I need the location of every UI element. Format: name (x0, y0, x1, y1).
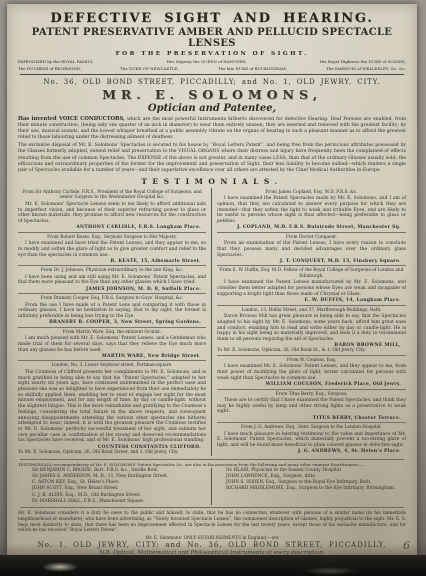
testimonial-body: The Countess of Clifford presents her co… (18, 370, 206, 444)
testimonial-source: From E. W. Duffin, Esq. M.D. Fellow of t… (217, 268, 406, 279)
practitioner-entry: RICHARD MIDDLEMORE, Esq., Surgeon to the… (226, 486, 406, 492)
testimonials-heading: TESTIMONIALS. (16, 177, 408, 186)
testimonial-addressee: To Mr. E. Solomons, Optician, 36, Old Bo… (217, 348, 406, 353)
scanned-broadside: DEFECTIVE SIGHT AND HEARING. PATENT PRES… (0, 0, 426, 576)
practitioner-list-left: Sir BENJAMIN C. BRODIE, Bart. F.R.S. &c.… (16, 468, 212, 505)
testimonial-source: From Robert Keate, Esq., Serjeant Surgeo… (18, 235, 206, 241)
voice-conductors-paragraph: Has invented VOICE CONDUCTORS, which are… (18, 116, 406, 141)
testimonial-signature: MARTIN WARE, New Bridge Street. (18, 354, 206, 359)
testimonial-source: From Bransby Cooper, Esq. F.R.S. Surgeon… (18, 296, 206, 302)
testimonial-source: From W. Coulson, Esq. (217, 358, 406, 364)
testimonial-body: I have examined and have tried the Paten… (18, 241, 206, 258)
practitioner-list-right: Dr. BLAIR, Physician to the Sussex Count… (212, 468, 408, 505)
testimonial-cooper: From Bransby Cooper, Esq. F.R.S. Surgeon… (18, 293, 206, 327)
divider (20, 74, 404, 75)
divider (20, 459, 404, 460)
testimonial-signature: R. KEATE, 15, Albemarle Street. (18, 259, 206, 264)
practitioner-entry: Dr. MARSHALL HALL, F.R.S., Manchester Sq… (32, 499, 207, 505)
testimonial-body: These are to certify that I have examine… (217, 398, 406, 415)
testimonial-signature: J. G. ANDREWS, 4, St. Helen’s Place. (217, 449, 406, 454)
paper-sheet: DEFECTIVE SIGHT AND HEARING. PATENT PRES… (7, 4, 417, 555)
testimonial-duffin: From E. W. Duffin, Esq. M.D. Fellow of t… (217, 265, 406, 304)
patrons-line-1: PATRONIZED by the ROYAL FAMILY, Her Maje… (18, 59, 406, 64)
testimonial-source: From Doctor Conquest. (217, 235, 406, 241)
scan-backing-band (0, 555, 426, 576)
testimonial-browne-mill: London, 13, Hollis Street, and 37, Marlb… (217, 305, 406, 355)
testimonial-coulson: From W. Coulson, Esq. I have examined Mr… (217, 355, 406, 389)
testimonial-columns: From Sir Anthony Carlisle, F.R.S., Presi… (16, 188, 408, 457)
patron-entry: The MARQUIS of WELLESLEY, &c. &c. (326, 66, 406, 71)
patron-entry: The DUKE OF NEWCASTLE, (120, 66, 179, 71)
patron-entry: The late DUKE of BUCKINGHAM, (218, 66, 287, 71)
establishments-addresses: No. 1, OLD JEWRY, CITY; and No. 36, OLD … (16, 541, 408, 549)
testimonial-signature: E. W. DUFFIN, 14, Langham Place. (217, 298, 406, 303)
subtitle-preservation: FOR THE PRESERVATION OF SIGHT. (16, 51, 408, 57)
testimonial-signature: BRANSBY B. COOPER, 3, New Street, Spring… (18, 320, 206, 325)
patron-entry: Her Majesty the QUEEN of HANOVER, (167, 59, 247, 64)
disclaimer-paragraph: Mr. E. Solomons considers it a duty he o… (18, 511, 406, 534)
exclusive-disposal-paragraph: The exclusive disposal of Mr. E. Solomon… (18, 143, 406, 174)
testimonial-column-left: From Sir Anthony Carlisle, F.R.S., Presi… (16, 188, 212, 457)
testimonial-addressee: To Mr. E. Solomons, Optician, 36, Old Bo… (18, 450, 206, 455)
testimonial-body: Mr. E. Solomons’ Spectacle Lenses seem t… (18, 202, 206, 225)
practitioner-lists: Sir BENJAMIN C. BRODIE, Bart. F.R.S. &c.… (16, 468, 408, 505)
testimonial-signature: WILLIAM COULSON, Frederick Place, Old Je… (217, 382, 406, 387)
testimonial-body: I have been using and am still using Mr.… (18, 275, 206, 286)
testimonial-clifford: London, No. 3, Lower Seymour-street, Por… (18, 360, 206, 456)
patron-entry: PATRONIZED by the ROYAL FAMILY, (18, 59, 93, 64)
subtitle-lenses: PATENT PRESERVATIVE AMBER AND PELLUCID S… (16, 27, 408, 49)
testimonial-signature: J. T. CONQUEST, M.D. 13, Finsbury Square… (217, 259, 406, 264)
testimonial-body: I am much pleased with Mr. E. Solomons’ … (18, 336, 206, 353)
testimonial-body: Baron Browne Mill has great pleasure in … (217, 314, 406, 343)
testimonial-copland: From James Copland, Esq. M.D. F.R.S. &c.… (217, 188, 406, 232)
testimonial-body: I have examined the Patent Spectacles ma… (217, 196, 406, 225)
testimonial-carlisle: From Sir Anthony Carlisle, F.R.S., Presi… (18, 188, 206, 232)
testimonial-signature: ANTHONY CARLISLE, F.R.S. Langham Place. (18, 225, 206, 230)
testimonial-ware: From Martin Ware, Esq. the eminent Oculi… (18, 327, 206, 361)
establishments-intro: Mr. E. Solomons’ ONLY ESTABLISHMENTS in … (16, 536, 408, 541)
testimonial-conquest: From Doctor Conquest. From an examinatio… (217, 232, 406, 266)
patron-entry: His Royal Highness the DUKE of SUSSEX, (320, 59, 406, 64)
handwritten-page-number: 6 (403, 539, 410, 552)
testimonial-source: From Dr. J. Johnson, Physician extraordi… (18, 268, 206, 274)
testimonial-signature: TITUS BERRY, Chester Terrace. (217, 416, 406, 421)
patron-entry: The DUCHESS of RICHMOND, (18, 66, 81, 71)
testimonial-signature: J. COPLAND, M.D. F.R.S. Bulstrode Street… (217, 225, 406, 230)
testimonial-source: From Martin Ware, Esq. the eminent Oculi… (18, 330, 206, 336)
testimonial-johnson: From Dr. J. Johnson, Physician extraordi… (18, 265, 206, 293)
testimonial-signature: JAMES JOHNSON, M. D. 8, Suffolk Place. (18, 287, 206, 292)
testimonial-source: From James Copland, Esq. M.D. F.R.S. &c. (217, 190, 406, 196)
testimonial-body: I have examined Mr. E. Solomons’ Patent … (217, 364, 406, 381)
testimonial-body: I have examined the Patent Lenses manufa… (217, 280, 406, 297)
proprietor-name: MR. E. SOLOMONS, (16, 87, 408, 102)
testimonial-keate: From Robert Keate, Esq., Serjeant Surgeo… (18, 232, 206, 266)
main-title: DEFECTIVE SIGHT AND HEARING. (16, 11, 408, 26)
testimonial-column-right: From James Copland, Esq. M.D. F.R.S. &c.… (212, 188, 408, 457)
address-line: No. 36, OLD BOND STREET, PICCADILLY; and… (16, 78, 408, 86)
proprietor-title: Optician and Patentee, (16, 103, 408, 114)
divider (20, 507, 404, 508)
testimonial-source: From Sir Anthony Carlisle, F.R.S., Presi… (18, 190, 206, 201)
testimonial-body: From the use I have made of a Patent Len… (18, 303, 206, 320)
testimonial-body: I have much pleasure in bearing testimon… (217, 432, 406, 449)
recommendations-intro: TESTIMONIALS recommendatory of Mr. E. SO… (16, 462, 408, 467)
patrons-line-2: The DUCHESS of RICHMOND, The DUKE OF NEW… (18, 66, 406, 71)
testimonial-source: From Titus Berry, Esq., Surgeon. (217, 392, 406, 398)
testimonial-source: From J. G. Andrews, Esq., Senr. Surgeon … (217, 425, 406, 431)
testimonial-source: London, No. 3, Lower Seymour-street, Por… (18, 363, 206, 369)
testimonial-andrews: From J. G. Andrews, Esq., Senr. Surgeon … (217, 422, 406, 456)
testimonial-body: From an examination of the Patent Lenses… (217, 241, 406, 258)
voice-conductors-lead: Has invented VOICE CONDUCTORS, (18, 116, 125, 122)
testimonial-source: London, 13, Hollis Street, and 37, Marlb… (217, 308, 406, 314)
testimonial-berry: From Titus Berry, Esq., Surgeon. These a… (217, 389, 406, 423)
